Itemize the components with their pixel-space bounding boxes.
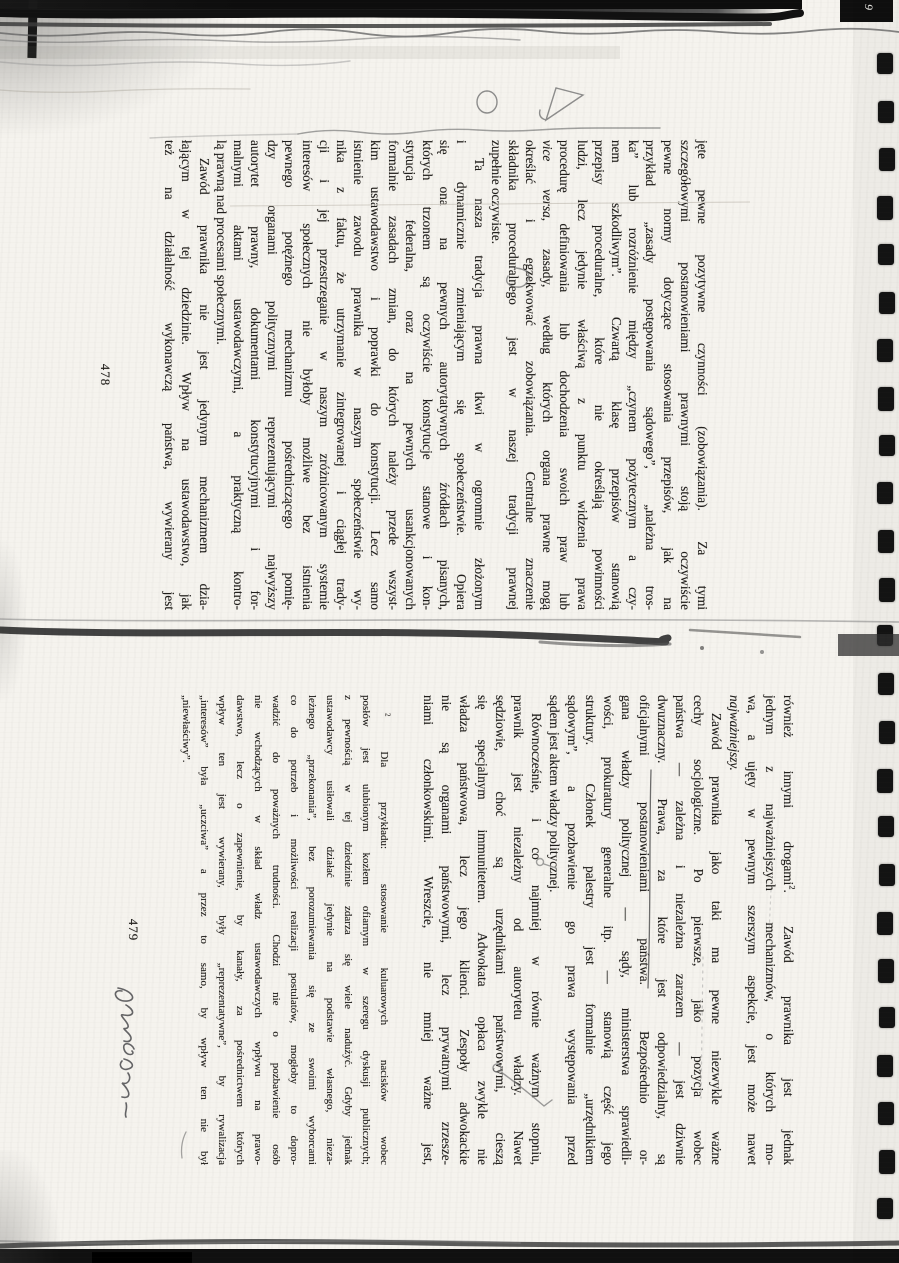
text-segment: gana władzy politycznej — sądy, minister…: [619, 695, 634, 1165]
text-segment: wadzić do poważnych trudności. Chodzi ni…: [270, 695, 282, 1165]
text-line: przykład „zasady postępowania sądowego”,…: [642, 140, 659, 610]
text-line: składnika proceduralnego jest w naszej t…: [505, 140, 522, 610]
text-line: nie są organami państwowymi, lecz prywat…: [437, 695, 455, 1165]
text-line: nika z faktu, że utrzymanie zintegrowane…: [333, 140, 350, 610]
edge-dash-mark: [879, 1150, 895, 1174]
text-line: cji i jej przestrzeganie w naszym zróżni…: [316, 140, 333, 610]
text-line: gana władzy politycznej — sądy, minister…: [617, 695, 635, 1165]
edge-dash-mark: [879, 1007, 895, 1028]
text-segment: pewnego potężnego mechanizmu pośredniczą…: [283, 140, 298, 610]
text-segment: Ta nasza tradycja prawna tkwi w ogromnie…: [472, 158, 487, 610]
text-line: Równocześnie, i co najmniej w równie waż…: [527, 695, 545, 1165]
text-line: struktury. Członek palestry jest formaln…: [581, 695, 599, 1165]
text-segment: zasady, według których organa prawne mog…: [540, 221, 555, 610]
text-line: procedurę definiowania lub dochodzenia s…: [556, 140, 573, 610]
text-line: malnymi aktami ustawodawczymi, a praktyc…: [230, 140, 247, 610]
edge-dash-mark: [877, 769, 893, 793]
gutter-shadow: [0, 619, 899, 656]
text-line: nem szkodliwym”. Czwartą klasę przepisów…: [608, 140, 625, 610]
text-segment: przykład „zasady postępowania sądowego”,…: [643, 140, 658, 610]
text-segment: kim ustawodawstwo i poprawki do konstytu…: [368, 140, 383, 610]
text-segment: lą prawną nad procesami społecznymi.: [214, 140, 229, 345]
text-segment: struktury. Członek palestry jest formaln…: [583, 695, 598, 1165]
text-line: wadzić do poważnych trudności. Chodzi ni…: [267, 695, 285, 1165]
edge-dash-mark: [877, 625, 893, 646]
text-segment: dwuznaczny. Prawa, za które jest odpowie…: [655, 695, 670, 1165]
text-line: najważniejszy.: [725, 695, 743, 1165]
text-line: również innymi drogami2. Zawód prawnika …: [779, 695, 797, 1165]
text-segment: przepisy proceduralne, które nie określa…: [592, 140, 607, 610]
top-scan-band: [0, 0, 802, 9]
text-segment: „niewłaściwy”.: [180, 695, 192, 763]
text-segment: nie są organami państwowymi, lecz prywat…: [439, 695, 454, 1165]
text-segment: prawnik jest niezależny od autorytetu wł…: [511, 695, 526, 1165]
text-segment: określać i egzekwować zobowiązania. Cent…: [523, 140, 538, 610]
text-line: formalnie zasadach zmian, do których nal…: [384, 140, 401, 610]
text-segment: z pewnością w tej dziedzinie zdarza się …: [342, 695, 354, 1165]
text-segment: szczegółowymi postanowieniami prawnymi s…: [678, 140, 693, 610]
text-segment: „interesów” była „uczciwa” a przez to sa…: [198, 695, 210, 1165]
edge-dash-mark: [878, 244, 894, 265]
text-line: Zawód prawnika nie jest jedynym mechaniz…: [195, 140, 212, 610]
text-segment: się specjalnym immunitetem. Adwokata opł…: [475, 695, 490, 1165]
wavy-margin-line-faint: [150, 134, 298, 138]
page-number-479: 479: [125, 695, 141, 1165]
text-line: pewnego potężnego mechanizmu pośredniczą…: [281, 140, 298, 610]
text-segment: dzy organami politycznymi reprezentujący…: [265, 140, 280, 610]
text-segment: też na działalność wykonawczą państwa, w…: [162, 140, 177, 610]
top-left-black-bar: [27, 0, 37, 58]
text-line: dawstwo, lecz o zapewnienie, by kanały, …: [231, 695, 249, 1165]
text-line: szczegółowymi postanowieniami prawnymi s…: [677, 140, 694, 610]
text-line: jęte pewne pozytywne czynności (zobowiąz…: [694, 140, 711, 610]
text-segment: wpływ ten jest wywierany, były „reprezen…: [216, 695, 228, 1165]
page-479: również innymi drogami2. Zawód prawnika …: [125, 695, 797, 1165]
text-segment: ustawodawcy usiłowali działać jedynie na…: [324, 695, 336, 1165]
text-line: też na działalność wykonawczą państwa, w…: [161, 140, 178, 610]
handwritten-page-mark: 9: [858, 4, 876, 18]
text-line: Ta nasza tradycja prawna tkwi w ogromnie…: [470, 140, 487, 610]
text-line: leżnego „przekonania”, bez porozumiewani…: [303, 695, 321, 1165]
text-segment: posłów jest ulubionym kozłem ofiarnym w …: [360, 695, 372, 1165]
text-line: wa, a ujęty w pewnym szerszym aspekcie, …: [743, 695, 761, 1165]
edge-dash-mark: [877, 196, 893, 220]
bottom-band-texture: [0, 1241, 899, 1246]
text-segment: formalnie zasadach zmian, do których nal…: [386, 140, 401, 610]
text-segment: sądowym”, a pozbawienie go prawa występo…: [565, 695, 580, 1165]
bottom-black-blob: [92, 1252, 192, 1263]
text-line: cechy socjologiczne. Po pierwsze, jako p…: [689, 695, 707, 1165]
page-479-text-block: również innymi drogami2. Zawód prawnika …: [419, 695, 797, 1165]
text-segment: interesów społecznych nie byłoby możliwe…: [300, 140, 315, 610]
text-segment: najważniejszy.: [727, 695, 742, 771]
text-line: się ona na pewnych autorytatywnych źródł…: [436, 140, 453, 610]
text-segment: pewne normy dotyczące stosowania przepis…: [661, 140, 676, 610]
page-478-text-block: jęte pewne pozytywne czynności (zobowiąz…: [161, 140, 711, 610]
edge-dash-mark: [878, 530, 894, 553]
text-line: i dynamicznie zmieniającym się społeczeń…: [453, 140, 470, 610]
book-scan: jęte pewne pozytywne czynności (zobowiąz…: [0, 0, 899, 1263]
text-segment: również innymi drogami: [781, 695, 796, 885]
text-segment: wości, prokuratury generalne itp. — stan…: [601, 695, 616, 1165]
text-line: posłów jest ulubionym kozłem ofiarnym w …: [357, 695, 375, 1165]
text-line: autorytet prawny, dokumentami konstytucy…: [247, 140, 264, 610]
edge-dash-mark: [878, 673, 894, 695]
text-line: władza państwowa, lecz jego klienci. Zes…: [455, 695, 473, 1165]
text-line: ustawodawcy usiłowali działać jedynie na…: [321, 695, 339, 1165]
text-segment: co do potrzeb i możliwości realizacji po…: [288, 695, 300, 1165]
text-line: istnienie zawodu prawnika w naszym społe…: [350, 140, 367, 610]
bottom-left-smudge: [0, 1150, 60, 1263]
text-line: zupełnie oczywiste.: [488, 140, 505, 610]
text-line: których trzonem są oczywiście konstytucj…: [419, 140, 436, 610]
text-segment: autorytet prawny, dokumentami konstytucy…: [248, 140, 263, 610]
edge-dash-mark: [879, 148, 895, 171]
edge-dash-mark: [877, 912, 893, 935]
edge-dash-mark: [878, 816, 894, 837]
edge-dash-mark: [879, 864, 895, 886]
wavy-margin-line: [298, 128, 660, 134]
text-segment: Równocześnie, i co najmniej w równie waż…: [529, 713, 544, 1165]
text-segment: niami członkowskimi. Wreszcie, nie mniej…: [421, 695, 436, 1165]
text-line: jednym z najważniejszych mechanizmów, o …: [761, 695, 779, 1165]
text-segment: cechy socjologiczne. Po pierwsze, jako p…: [691, 695, 706, 1165]
text-line: „niewłaściwy”.: [177, 695, 195, 1165]
text-segment: stytucja federalna, oraz na pewnych usan…: [403, 140, 418, 610]
text-line: pewne normy dotyczące stosowania przepis…: [659, 140, 676, 610]
text-line: wpływ ten jest wywierany, były „reprezen…: [213, 695, 231, 1165]
text-line: lą prawną nad procesami społecznymi.: [213, 140, 230, 610]
text-segment: składnika proceduralnego jest w naszej t…: [506, 140, 521, 610]
text-segment: nie wchodzących w skład władz ustawodawc…: [252, 695, 264, 1165]
text-segment: Zawód prawnika jako taki ma pewne niezwy…: [709, 713, 724, 1165]
text-segment: . Zawód prawnika jest jednak: [781, 890, 796, 1165]
page-479-footnote-block: 2 Dla przykładu: stosowanie kuluarowych …: [177, 695, 393, 1165]
text-segment: jednym z najważniejszych mechanizmów, o …: [763, 695, 778, 1165]
text-segment: cji i jej przestrzeganie w naszym zróżni…: [317, 140, 332, 610]
edge-dash-mark: [877, 482, 893, 504]
edge-dash-mark: [879, 721, 895, 744]
text-segment: ka” lub rozróżnienie między „czynem poży…: [626, 140, 641, 610]
edge-dash-mark: [879, 435, 895, 456]
text-segment: państwa — zależna i niezależna zarazem —…: [673, 695, 688, 1165]
edge-dash-mark: [877, 1198, 893, 1219]
text-segment: nem szkodliwym”. Czwartą klasę przepisów…: [609, 140, 624, 610]
text-line: dwuznaczny. Prawa, za które jest odpowie…: [653, 695, 671, 1165]
text-line: Zawód prawnika jako taki ma pewne niezwy…: [707, 695, 725, 1165]
text-line: dzy organami politycznymi reprezentujący…: [264, 140, 281, 610]
text-line: stytucja federalna, oraz na pewnych usan…: [402, 140, 419, 610]
edge-dash-mark: [879, 578, 895, 602]
text-segment: Zawód prawnika nie jest jedynym mechaniz…: [197, 158, 212, 610]
text-segment: nika z faktu, że utrzymanie zintegrowane…: [334, 140, 349, 610]
text-line: określać i egzekwować zobowiązania. Cent…: [522, 140, 539, 610]
text-line: interesów społecznych nie byłoby możliwe…: [299, 140, 316, 610]
text-segment: malnymi aktami ustawodawczymi, a praktyc…: [231, 140, 246, 610]
edge-dash-mark: [877, 53, 893, 74]
left-edge-smudge: [0, 540, 26, 700]
text-line: sędziowie, choć są urzędnikami państwowy…: [491, 695, 509, 1165]
text-segment: jęte pewne pozytywne czynności (zobowiąz…: [695, 140, 710, 610]
edge-dash-mark: [877, 339, 893, 362]
text-segment: Dla przykładu: stosowanie kuluarowych na…: [378, 717, 390, 1165]
text-segment: sędziowie, choć są urzędnikami państwowy…: [493, 695, 508, 1165]
text-line: sądem jest aktem władzy politycznej.: [545, 695, 563, 1165]
text-segment: łającym w tej dziedzinie. Wpływ na ustaw…: [179, 140, 194, 610]
text-segment: dawstwo, lecz o zapewnienie, by kanały, …: [234, 695, 246, 1165]
text-line: przepisy proceduralne, które nie określa…: [591, 140, 608, 610]
text-line: vice versa, zasady, według których organ…: [539, 140, 556, 610]
text-segment: wa, a ujęty w pewnym szerszym aspekcie, …: [745, 695, 760, 1165]
text-line: państwa — zależna i niezależna zarazem —…: [671, 695, 689, 1165]
text-line: „interesów” była „uczciwa” a przez to sa…: [195, 695, 213, 1165]
text-line: wości, prokuratury generalne itp. — stan…: [599, 695, 617, 1165]
text-segment: których trzonem są oczywiście konstytucj…: [420, 140, 435, 610]
text-line: oficjalnymi postanowieniami państwa. Bez…: [635, 695, 653, 1165]
text-line: co do potrzeb i możliwości realizacji po…: [285, 695, 303, 1165]
text-segment: leżnego „przekonania”, bez porozumiewani…: [306, 695, 318, 1165]
top-scan-band-fade: [0, 9, 780, 16]
page-number-478: 478: [97, 140, 113, 610]
text-segment: władza państwowa, lecz jego klienci. Zes…: [457, 695, 472, 1165]
text-line: z pewnością w tej dziedzinie zdarza się …: [339, 695, 357, 1165]
edge-dash-mark: [878, 959, 894, 983]
edge-dash-mark: [879, 292, 895, 314]
text-line: ka” lub rozróżnienie między „czynem poży…: [625, 140, 642, 610]
circle-doodle: [477, 91, 497, 113]
text-line: prawnik jest niezależny od autorytetu wł…: [509, 695, 527, 1165]
text-line: łającym w tej dziedzinie. Wpływ na ustaw…: [178, 140, 195, 610]
text-segment: oficjalnymi postanowieniami państwa. Bez…: [637, 695, 652, 1165]
text-segment: się ona na pewnych autorytatywnych źródł…: [437, 140, 452, 610]
text-segment: istnienie zawodu prawnika w naszym społe…: [351, 140, 366, 610]
text-segment: ludzi, lecz jedynie właściwą z punktu wi…: [575, 140, 590, 610]
triangle-doodle: [540, 88, 583, 120]
text-line: ludzi, lecz jedynie właściwą z punktu wi…: [574, 140, 591, 610]
edge-dash-mark: [878, 1102, 894, 1125]
edge-dash-mark: [878, 387, 894, 411]
top-streaks: [0, 13, 899, 92]
text-segment: procedurę definiowania lub dochodzenia s…: [558, 140, 573, 610]
page-478: jęte pewne pozytywne czynności (zobowiąz…: [97, 140, 711, 610]
text-segment: zupełnie oczywiste.: [489, 140, 504, 244]
text-segment: sądem jest aktem władzy politycznej.: [547, 695, 562, 892]
edge-dash-mark: [877, 1055, 893, 1077]
edge-dash-mark: [878, 101, 894, 123]
text-line: sądowym”, a pozbawienie go prawa występo…: [563, 695, 581, 1165]
text-line: niami członkowskimi. Wreszcie, nie mniej…: [419, 695, 437, 1165]
text-line: się specjalnym immunitetem. Adwokata opł…: [473, 695, 491, 1165]
text-line: 2 Dla przykładu: stosowanie kuluarowych …: [375, 695, 393, 1165]
text-segment: i dynamicznie zmieniającym się społeczeń…: [454, 140, 469, 610]
text-line: kim ustawodawstwo i poprawki do konstytu…: [367, 140, 384, 610]
text-line: nie wchodzących w skład władz ustawodawc…: [249, 695, 267, 1165]
text-segment: vice versa,: [540, 140, 555, 221]
